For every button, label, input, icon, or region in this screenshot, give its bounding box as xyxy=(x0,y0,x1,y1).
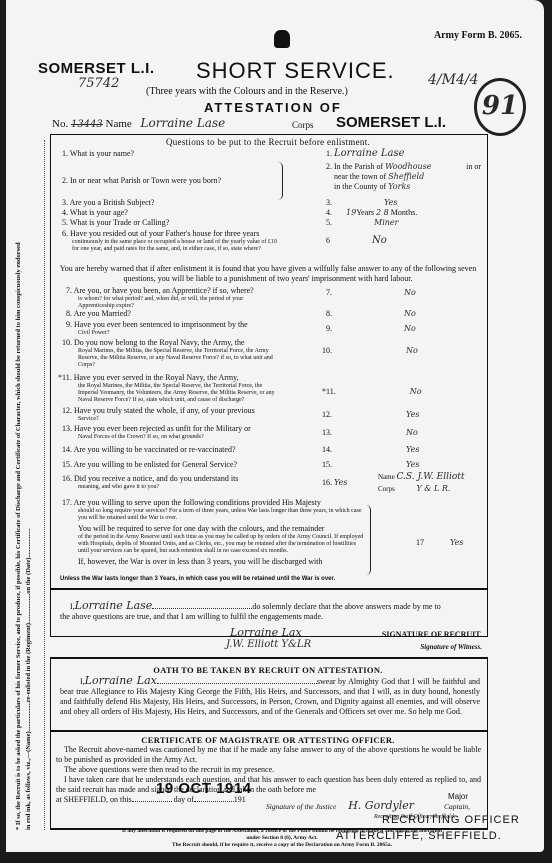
question-16: 16. Did you receive a notice, and do you… xyxy=(62,474,278,491)
recruiting-officer-stamp: RECRUITING OFFICER xyxy=(382,814,520,826)
answer-16: 16. Yes Name C.S. J.W. Elliott Corps Y &… xyxy=(322,478,482,488)
answer-14: 14. Yes xyxy=(322,445,419,455)
certificate-text: The Recruit above-named was cautioned by… xyxy=(56,745,481,805)
answer-12: 12. Yes xyxy=(322,410,419,420)
question-4: 4. What is your age? xyxy=(62,208,277,218)
handwritten-reference: 4/M4/4 xyxy=(428,72,479,88)
name-label: Name xyxy=(106,118,132,130)
question-3: 3. Are you a British Subject? xyxy=(62,198,277,208)
margin-note: * If so, the Recruit is to be asked the … xyxy=(14,140,44,830)
corps-value: SOMERSET L.I. xyxy=(336,114,446,131)
answer-8: 8. No xyxy=(326,309,416,319)
question-7: 7. Are you, or have you been, an Apprent… xyxy=(66,286,278,310)
answer-1: 1. Lorraine Lase xyxy=(326,149,476,159)
overprint-text: Unless the War lasts longer than 3 Years… xyxy=(60,576,335,582)
form-number: Army Form B. 2065. xyxy=(434,30,522,41)
question-5: 5. What is your Trade or Calling? xyxy=(62,218,277,228)
question-17: 17. Are you willing to serve upon the fo… xyxy=(62,498,368,567)
warning-text: You are hereby warned that if after enli… xyxy=(58,264,478,284)
form-title: SHORT SERVICE. xyxy=(196,58,395,84)
answer-10: 10. No xyxy=(322,346,418,356)
question-2: 2. In or near what Parish or Town were y… xyxy=(62,176,277,186)
answer-9: 9. No xyxy=(326,324,416,334)
form-subtitle: (Three years with the Colours and in the… xyxy=(146,86,348,97)
question-10: 10. Do you now belong to the Royal Navy,… xyxy=(62,338,278,369)
answer-2: 2. In the Parish of Woodhouse in or near… xyxy=(326,162,481,192)
answer-6: 6 No xyxy=(326,236,476,246)
corps-label: Corps xyxy=(292,120,314,130)
question-9: 9. Have you ever been sentenced to impri… xyxy=(66,320,278,337)
answer-5: 5. Miner xyxy=(326,218,476,228)
question-15: 15. Are you willing to be enlisted for G… xyxy=(62,460,278,470)
brace xyxy=(278,162,283,200)
answer-4: 4. 19Years 2 8 Months. xyxy=(326,208,476,218)
certificate-heading: CERTIFICATE OF MAGISTRATE OR ATTESTING O… xyxy=(50,735,486,745)
question-6: 6. Have you resided out of your Father's… xyxy=(62,229,277,253)
major-label: Major xyxy=(448,792,468,801)
handwritten-number: 75742 xyxy=(78,76,119,91)
margin-divider xyxy=(44,140,45,830)
date-stamp: 19 OCT 1914 xyxy=(156,780,252,797)
declaration-text: I,Lorraine Lasedo solemnly declare that … xyxy=(60,601,480,622)
question-1: 1. What is your name? xyxy=(62,149,277,159)
question-8: 8. Are you Married? xyxy=(66,309,278,319)
regiment-stamp: SOMERSET L.I. xyxy=(38,60,155,77)
question-13: 13. Have you ever been rejected as unfit… xyxy=(62,424,278,441)
attestation-heading: ATTESTATION OF xyxy=(204,100,342,115)
footer-line-3: The Recruit should, if he require it, re… xyxy=(62,842,502,848)
brace xyxy=(366,505,371,575)
answer-13: 13. No xyxy=(322,428,418,438)
answer-11: *11. No xyxy=(322,387,422,397)
royal-crest-icon xyxy=(274,30,290,48)
answer-3: 3. Yes xyxy=(326,198,476,208)
oath-text: I,Lorraine Laxswear by Almighty God that… xyxy=(60,676,480,717)
no-value: 13443 xyxy=(71,119,103,130)
answer-17: 17 Yes xyxy=(416,538,463,548)
answer-7: 7. No xyxy=(326,288,416,298)
no-label: No. xyxy=(52,118,68,130)
recruit-signature-line: Lorraine Lax SIGNATURE OF RECRUIT. xyxy=(216,626,482,639)
question-12: 12. Have you truly stated the whole, if … xyxy=(62,406,278,423)
name-value: Lorraine Lase xyxy=(141,116,226,130)
name-line: No. 13443 Name Lorraine Lase Corps SOMER… xyxy=(52,116,484,135)
question-14: 14. Are you willing to be vaccinated or … xyxy=(62,445,278,455)
witness-signature-line: J.W. Elliott Y&LR Signature of Witness. xyxy=(216,639,482,650)
captain-label: Captain, xyxy=(444,802,470,811)
atterclife-stamp: ATTERCLIFFE, SHEFFIELD. xyxy=(336,830,502,842)
attestation-form-page: Army Form B. 2065. SOMERSET L.I. SHORT S… xyxy=(6,0,544,852)
question-11: *11. Have you ever served in the Royal N… xyxy=(58,373,278,404)
questions-heading: Questions to be put to the Recruit befor… xyxy=(50,137,486,147)
answer-15: 15. Yes xyxy=(322,460,419,470)
